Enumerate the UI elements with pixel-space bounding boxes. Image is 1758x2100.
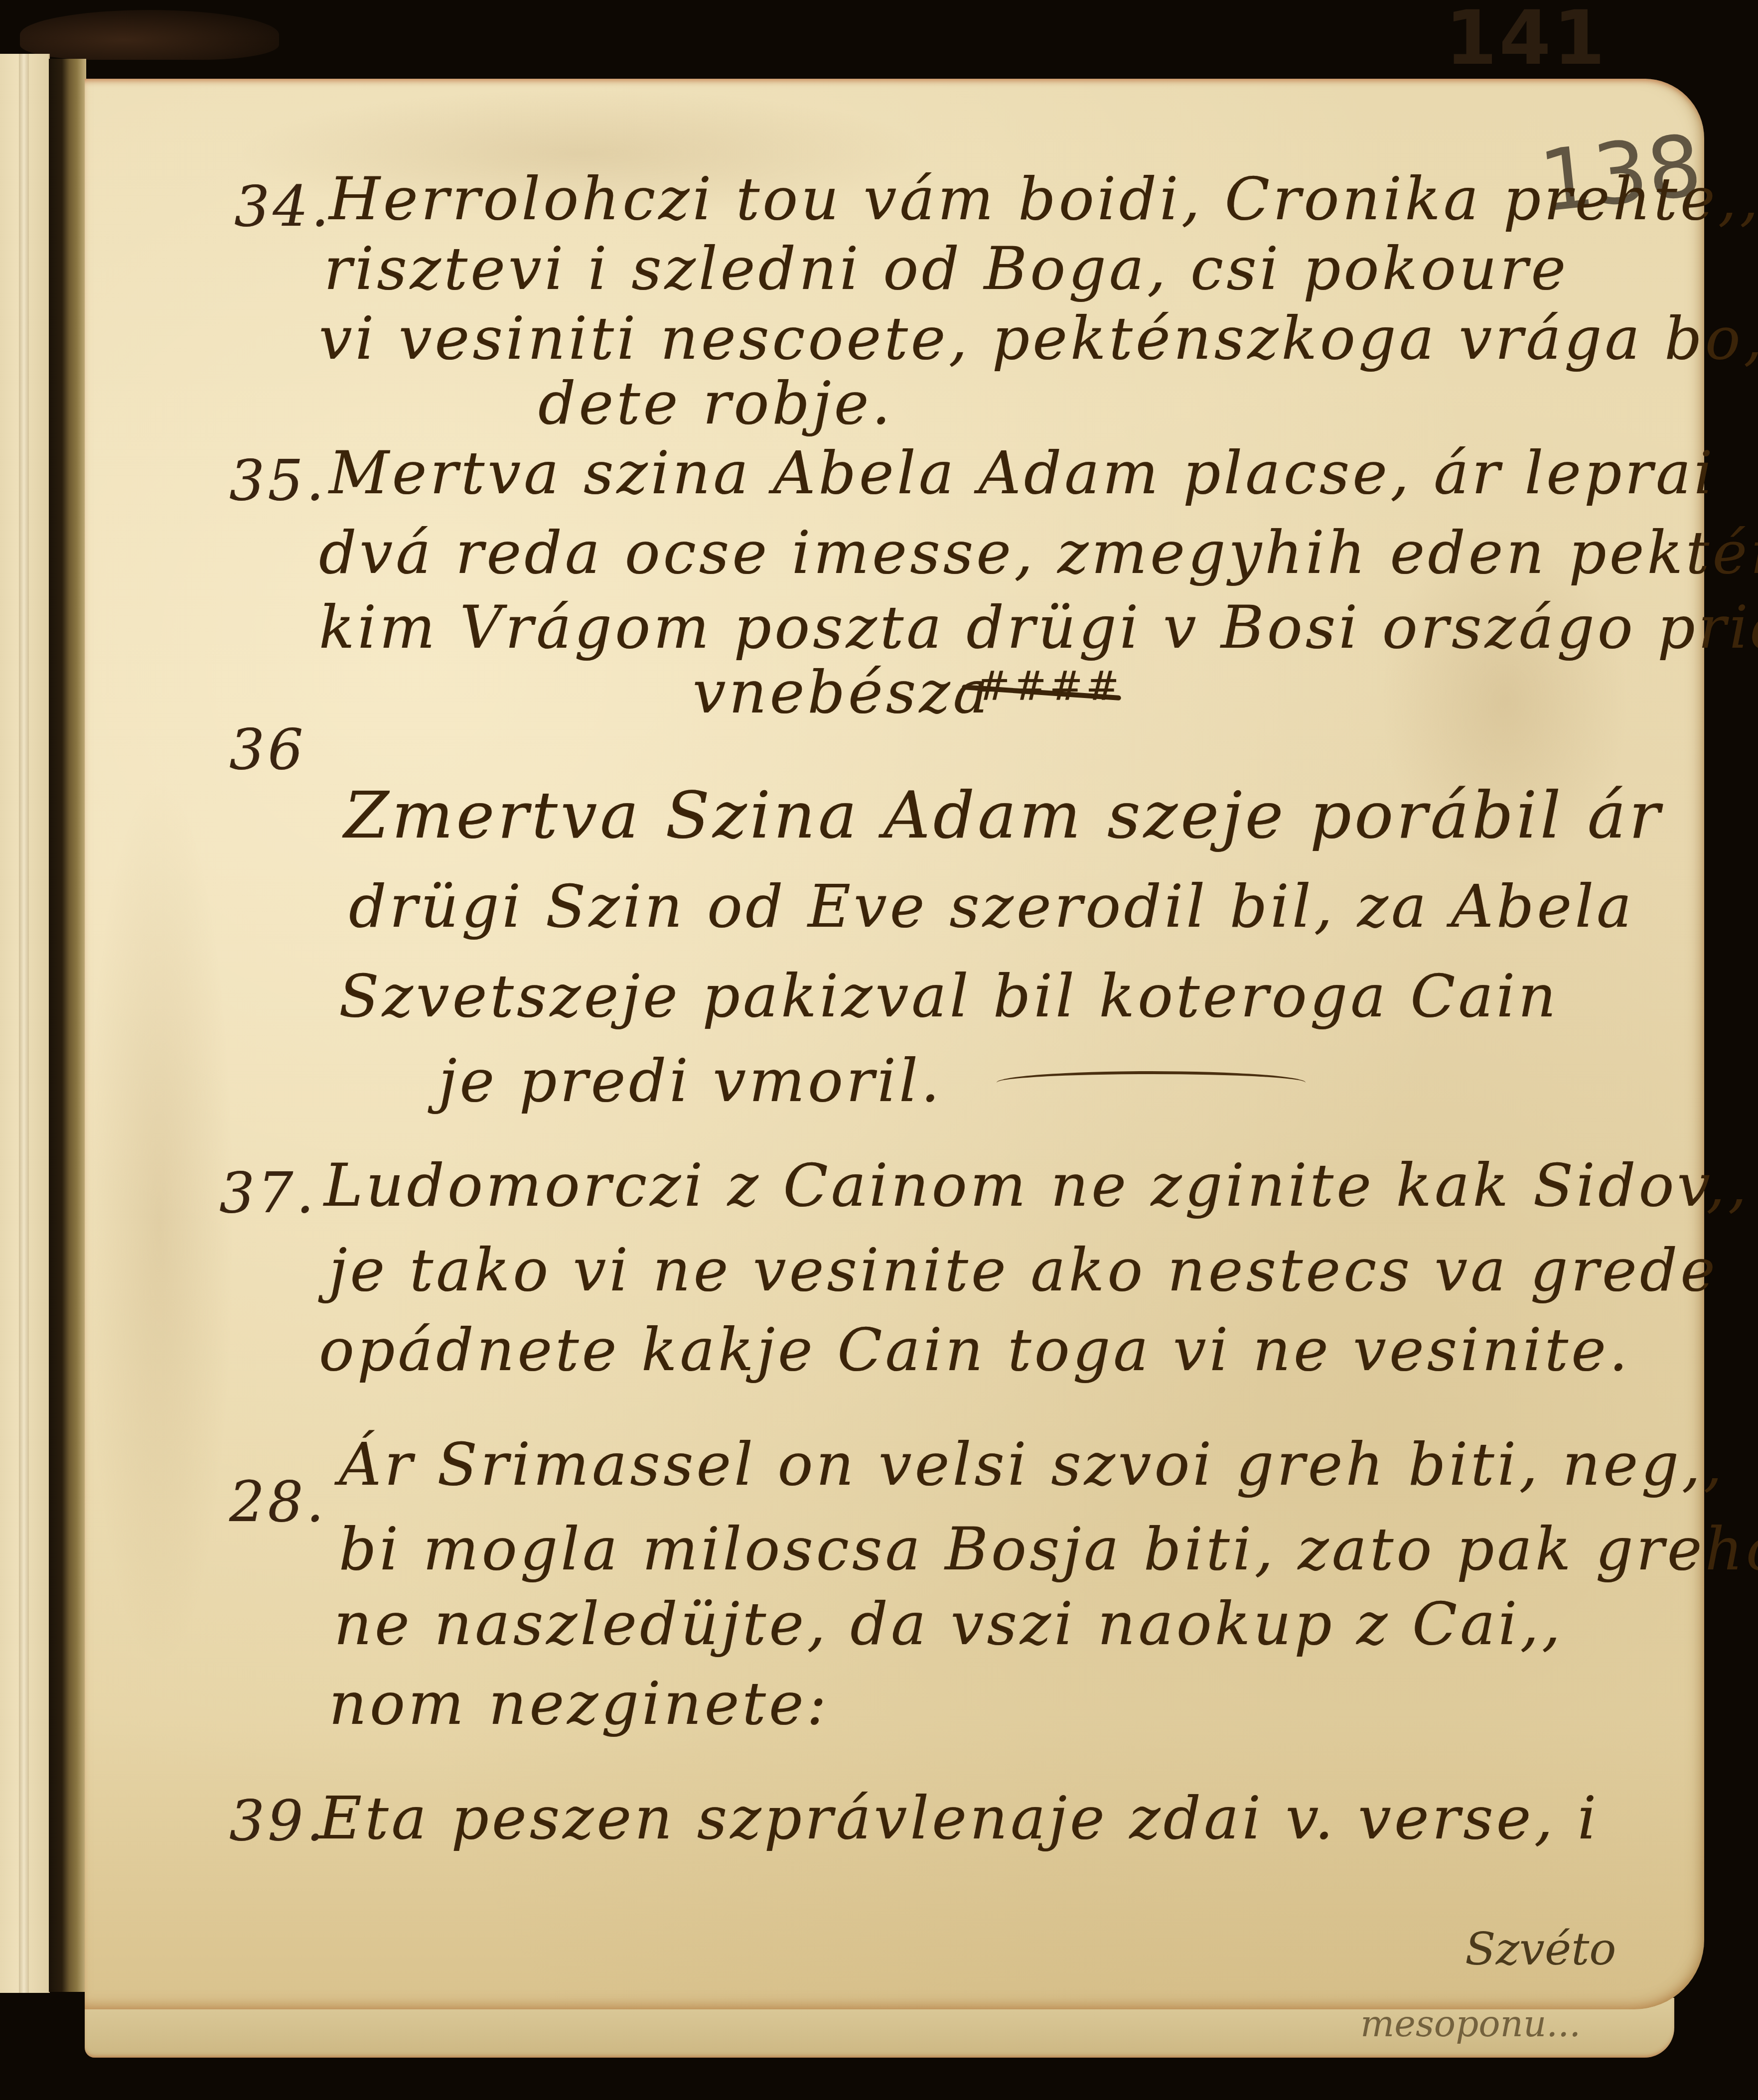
verse-line: risztevi i szledni od Boga, csi pokoure <box>324 234 1569 303</box>
folio-number: 141 <box>1445 0 1607 82</box>
struck-text: #### <box>977 663 1122 709</box>
facing-page-crease <box>19 54 29 1993</box>
facing-page-edge <box>0 54 50 1993</box>
ending-flourish <box>997 1071 1306 1094</box>
verse-line: dvá reda ocse imesse, zmegyhih eden pekt… <box>319 518 1758 587</box>
binding-gutter <box>49 59 86 1992</box>
verse-line: vnebésza <box>693 658 991 726</box>
verse-line: dete robje. <box>538 369 893 437</box>
verse-line: vi vesiniti nescoete, pekténszkoga vrága… <box>319 304 1758 373</box>
water-stain <box>85 776 234 1673</box>
verse-number: 34. <box>234 174 332 239</box>
verse-line: je predi vmoril. <box>439 1046 942 1115</box>
manuscript-photo: mesoponu... 141 138 34. Herrolohczi tou … <box>0 0 1758 2100</box>
verse-line: drügi Szin od Eve szerodil bil, za Abela <box>349 872 1634 941</box>
verse-number: 37. <box>219 1161 317 1226</box>
verse-line: je tako vi ne vesinite ako nestecs va gr… <box>329 1236 1718 1304</box>
verse-line: ne naszledüjte, da vszi naokup z Cai,, <box>334 1589 1563 1658</box>
verse-line: Szvetszeje pakizval bil koteroga Cain <box>339 962 1559 1030</box>
verse-line: Herrolohczi tou vám boidi, Cronika preht… <box>329 164 1758 233</box>
verse-number: 39. <box>229 1789 327 1853</box>
verse-line: kim Vrágom poszta drügi v Bosi országo p… <box>319 593 1758 662</box>
verse-line: Eta peszen szprávlenaje zdai v. verse, i <box>319 1784 1599 1852</box>
verse-line: opádnete kakje Cain toga vi ne vesinite. <box>319 1315 1631 1384</box>
binding-headcap <box>20 10 279 60</box>
verse-line: Ludomorczi z Cainom ne zginite kak Sidov… <box>324 1151 1750 1220</box>
verse-line: nom nezginete: <box>329 1669 830 1738</box>
verse-line: Zmertva Szina Adam szeje porábil ár <box>344 777 1663 853</box>
catchword: Szvéto <box>1465 1923 1616 1975</box>
verse-line: bi mogla miloscsa Bosja biti, zato pak g… <box>339 1515 1758 1583</box>
verse-number: 28. <box>229 1470 327 1535</box>
verse-number: 35. <box>229 448 327 513</box>
verse-number: 36 <box>229 717 306 782</box>
verse-line: Mertva szina Abela Adam placse, ár lepra… <box>329 438 1716 507</box>
verse-line: Ár Srimassel on velsi szvoi greh biti, n… <box>339 1430 1725 1499</box>
